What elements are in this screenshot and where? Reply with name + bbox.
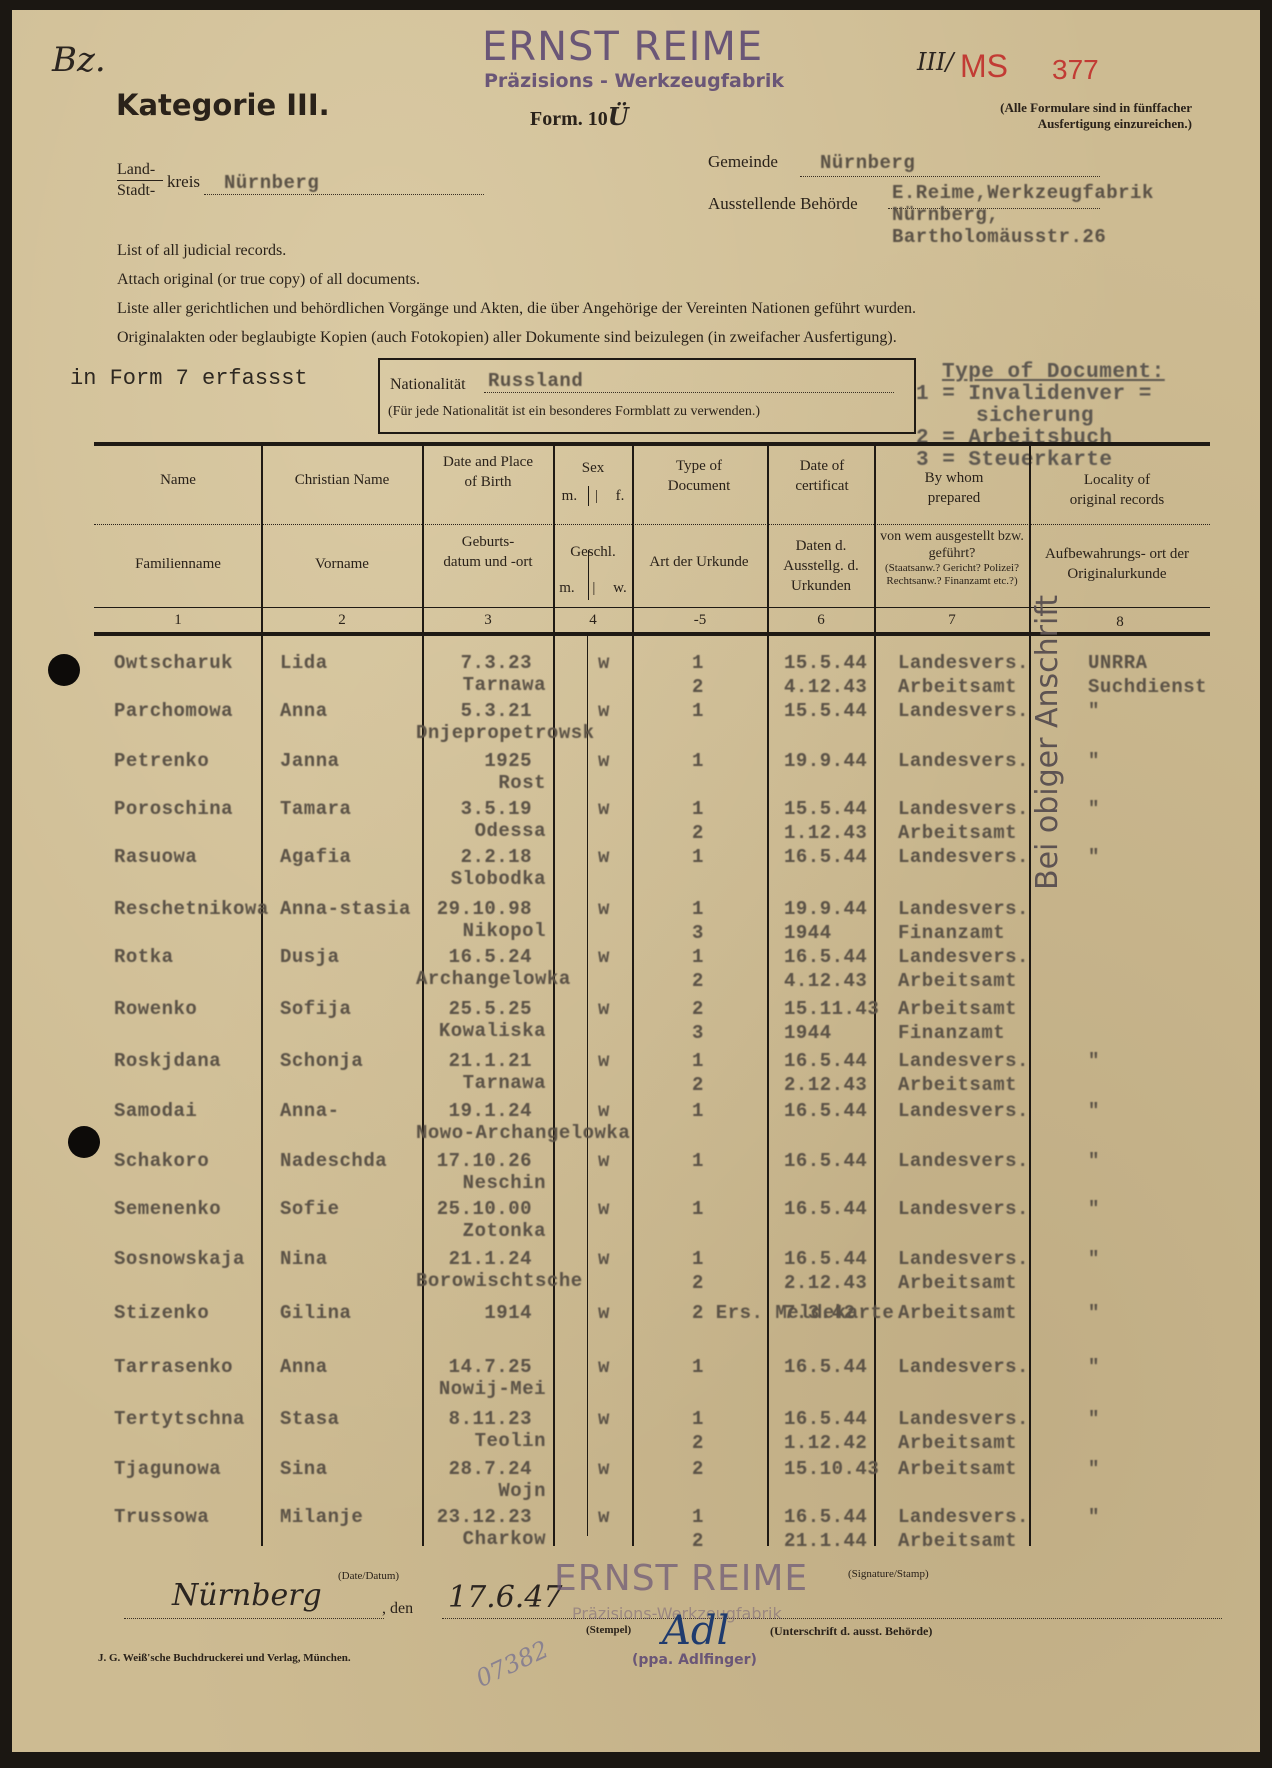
cell-birth-date: 8.11.23	[432, 1408, 532, 1430]
cell-first-name: Stasa	[280, 1408, 340, 1430]
behoerde-line: Bartholomäusstr.26	[892, 226, 1154, 248]
cell-birth-date: 2.2.18	[432, 846, 532, 868]
kreis-label: Land- Stadt-	[117, 160, 163, 201]
col-header-geschl-sub: m. | w.	[555, 578, 631, 598]
col-num: 2	[263, 610, 421, 630]
category-title: Kategorie III.	[116, 88, 330, 122]
punch-hole	[68, 1126, 100, 1158]
place-handwritten: Nürnberg	[172, 1578, 322, 1613]
cell-sex: w	[598, 652, 610, 674]
company-stamp-line1: ERNST REIME	[482, 24, 763, 70]
cell-locality: "	[1088, 846, 1100, 868]
cell-birth-date: 21.1.24	[432, 1248, 532, 1270]
company-stamp-line2: Präzisions - Werkzeugfabrik	[484, 70, 784, 92]
cell-name: Trussowa	[114, 1506, 209, 1528]
cell-doc-type: 1	[692, 1050, 704, 1072]
cell-issued-by: Landesvers.	[898, 1050, 1029, 1072]
cell-cert-date: 4.12.43	[784, 970, 867, 992]
cell-locality: "	[1088, 700, 1100, 722]
cell-issued-by: Landesvers.	[898, 1100, 1029, 1122]
cell-issued-by: Landesvers.	[898, 1408, 1029, 1430]
cell-birth-place: Nowij-Mei	[416, 1378, 546, 1400]
cell-sex: w	[598, 700, 610, 722]
ref-handwritten: III/	[917, 48, 954, 76]
behoerde-line: E.Reime,Werkzeugfabrik	[892, 182, 1154, 204]
cell-issued-by: Finanzamt	[898, 922, 1005, 944]
cell-birth-date: 1914	[432, 1302, 532, 1324]
cell-sex: w	[598, 1150, 610, 1172]
cell-cert-date: 16.5.44	[784, 1198, 867, 1220]
cell-first-name: Anna-stasia	[280, 898, 411, 920]
col-header-christian: Christian Name	[263, 470, 421, 490]
col-header-aufbewahrung: Aufbewahrungs- ort der Originalurkunde	[1042, 544, 1192, 584]
instructions: List of all judicial records. Attach ori…	[117, 236, 916, 352]
form7-note: in Form 7 erfassst	[70, 366, 308, 391]
cell-birth-place: Rost	[416, 772, 546, 794]
cell-birth-place: Tarnawa	[416, 674, 546, 696]
cell-locality: "	[1088, 1248, 1100, 1270]
kreis-field: Nürnberg	[204, 178, 484, 195]
cell-name: Reschetnikowa	[114, 898, 269, 920]
cell-birth-place: Tarnawa	[416, 1072, 546, 1094]
cell-doc-type: 2	[692, 1272, 704, 1294]
cell-doc-type: 1	[692, 652, 704, 674]
cell-issued-by: Arbeitsamt	[898, 1432, 1017, 1454]
form-number: 10	[588, 108, 608, 130]
col-header-sex-sub: m. | f.	[555, 486, 631, 506]
cell-first-name: Dusja	[280, 946, 340, 968]
cell-issued-by: Arbeitsamt	[898, 822, 1017, 844]
unterschrift-label: (Unterschrift d. ausst. Behörde)	[770, 1624, 932, 1639]
cell-issued-by: Arbeitsamt	[898, 676, 1017, 698]
cell-name: Tjagunowa	[114, 1458, 221, 1480]
cell-birth-place: Zotonka	[416, 1220, 546, 1242]
cell-name: Rasuowa	[114, 846, 197, 868]
cell-locality: "	[1088, 1100, 1100, 1122]
cell-name: Samodai	[114, 1100, 197, 1122]
cell-birth-date: 7.3.23	[432, 652, 532, 674]
cell-issued-by: Landesvers.	[898, 946, 1029, 968]
cell-cert-date: 1944	[784, 1022, 832, 1044]
cell-locality: "	[1088, 1198, 1100, 1220]
cell-locality: "	[1088, 1050, 1100, 1072]
cell-birth-place: Charkow	[416, 1528, 546, 1550]
date-field-line	[442, 1618, 1222, 1619]
cell-locality: "	[1088, 1356, 1100, 1378]
pencil-note: 07382	[472, 1635, 553, 1693]
cell-birth-date: 25.5.25	[432, 998, 532, 1020]
instruction-line: (Alle Formulare sind in fünffacher	[792, 100, 1192, 116]
cell-issued-by: Landesvers.	[898, 1506, 1029, 1528]
cell-name: Tarrasenko	[114, 1356, 233, 1378]
handwritten-annotation: Bz.	[52, 40, 106, 80]
cell-cert-date: 16.5.44	[784, 1248, 867, 1270]
cell-name: Parchomowa	[114, 700, 233, 722]
col-header-certdate: Date of certificat	[782, 456, 862, 496]
col-num: 7	[876, 610, 1028, 630]
cell-locality: "	[1088, 1150, 1100, 1172]
cell-first-name: Anna	[280, 700, 328, 722]
col-header-geburt: Geburts- datum und -ort	[442, 532, 534, 572]
col-header-name-de: Familienname	[96, 554, 260, 574]
cell-issued-by: Landesvers.	[898, 1150, 1029, 1172]
cell-birth-date: 25.10.00	[432, 1198, 532, 1220]
cell-birth-date: 17.10.26	[432, 1150, 532, 1172]
cell-birth-date: 14.7.25	[432, 1356, 532, 1378]
printer-imprint: J. G. Weiß'sche Buchdruckerei und Verlag…	[98, 1652, 351, 1664]
col-header-geschl: Geschl.	[555, 542, 631, 562]
cell-sex: w	[598, 1506, 610, 1528]
cell-cert-date: 1.12.43	[784, 822, 867, 844]
cell-birth-place: Archangelowka	[416, 968, 546, 990]
cell-cert-date: 16.5.44	[784, 1150, 867, 1172]
instruction-line: Liste aller gerichtlichen und behördlich…	[117, 294, 916, 323]
gemeinde-field: Nürnberg	[800, 158, 1100, 177]
instruction-line: Attach original (or true copy) of all do…	[117, 265, 916, 294]
cell-doc-type: 1	[692, 750, 704, 772]
cell-sex: w	[598, 1050, 610, 1072]
cell-cert-date: 19.9.44	[784, 898, 867, 920]
cell-cert-date: 16.5.44	[784, 946, 867, 968]
signature-label: (Signature/Stamp)	[848, 1568, 929, 1580]
cell-doc-type: 3	[692, 1022, 704, 1044]
cell-locality: "	[1088, 1302, 1100, 1324]
cell-birth-place: Odessa	[416, 820, 546, 842]
cell-doc-type: 2	[692, 1530, 704, 1552]
cell-sex: w	[598, 1458, 610, 1480]
cell-locality: Suchdienst	[1088, 676, 1207, 698]
cell-birth-place: Nowo-Archangelowka	[416, 1122, 546, 1144]
col-header-locality: Locality of original records	[1062, 470, 1172, 510]
cell-doc-type: 2	[692, 970, 704, 992]
cell-sex: w	[598, 1408, 610, 1430]
cell-doc-type: 3	[692, 922, 704, 944]
cell-doc-type: 1	[692, 700, 704, 722]
cell-issued-by: Landesvers.	[898, 846, 1029, 868]
cell-cert-date: 4.12.43	[784, 676, 867, 698]
col-num: 6	[769, 610, 873, 630]
cell-locality: "	[1088, 798, 1100, 820]
cell-birth-place: Nikopol	[416, 920, 546, 942]
col-header-doctype: Type of Document	[652, 456, 746, 496]
cell-first-name: Anna	[280, 1356, 328, 1378]
cell-locality: "	[1088, 750, 1100, 772]
cell-locality: "	[1088, 1408, 1100, 1430]
gemeinde-value: Nürnberg	[820, 152, 915, 174]
cell-sex: w	[598, 750, 610, 772]
cell-birth-place: Neschin	[416, 1172, 546, 1194]
stempel-label: (Stempel)	[586, 1624, 631, 1636]
company-stamp-bottom: ERNST REIME	[554, 1558, 808, 1599]
cell-doc-type: 2	[692, 1432, 704, 1454]
cell-cert-date: 15.5.44	[784, 652, 867, 674]
cell-birth-date: 16.5.24	[432, 946, 532, 968]
cell-cert-date: 16.5.44	[784, 1356, 867, 1378]
ref-number: 377	[1052, 54, 1099, 86]
cell-sex: w	[598, 946, 610, 968]
cell-doc-type: 2	[692, 822, 704, 844]
cell-cert-date: 16.5.44	[784, 1506, 867, 1528]
cell-doc-type: 2	[692, 998, 704, 1020]
cell-first-name: Agafia	[280, 846, 351, 868]
kreis-suffix: kreis	[167, 172, 200, 192]
legend-item: 2 = Arbeitsbuch	[916, 428, 1165, 450]
cell-doc-type: 2	[692, 676, 704, 698]
col-num: 4	[555, 610, 631, 630]
gemeinde-label: Gemeinde	[708, 152, 778, 172]
cell-issued-by: Landesvers.	[898, 1356, 1029, 1378]
place-field-line	[124, 1618, 384, 1619]
cell-name: Owtscharuk	[114, 652, 233, 674]
col-num: 1	[96, 610, 260, 630]
col-header-sex: Sex	[555, 458, 631, 478]
cell-name: Roskjdana	[114, 1050, 221, 1072]
signature: Adl	[662, 1608, 729, 1654]
cell-birth-place: Dnjepropetrowsk	[416, 722, 546, 744]
col-header-art: Art der Urkunde	[642, 552, 756, 572]
cell-first-name: Anna-	[280, 1100, 340, 1122]
form-number-label: Form. 10Ü	[530, 102, 629, 131]
cell-issued-by: Arbeitsamt	[898, 1272, 1017, 1294]
legend-item: sicherung	[916, 406, 1165, 428]
cell-sex: w	[598, 1100, 610, 1122]
cell-doc-type: 1	[692, 1408, 704, 1430]
cell-doc-type: 1	[692, 946, 704, 968]
col-header-bywhom: By whom prepared	[902, 468, 1006, 508]
cell-name: Schakoro	[114, 1150, 209, 1172]
cell-first-name: Tamara	[280, 798, 351, 820]
cell-sex: w	[598, 846, 610, 868]
nationality-value: Russland	[488, 370, 583, 392]
cell-sex: w	[598, 998, 610, 1020]
cell-first-name: Lida	[280, 652, 328, 674]
behoerde-value: E.Reime,Werkzeugfabrik Nürnberg, Barthol…	[892, 182, 1154, 248]
cell-doc-type: 1	[692, 1198, 704, 1220]
cell-doc-type: 1	[692, 846, 704, 868]
legend-title: Type of Document:	[916, 362, 1165, 384]
cell-issued-by: Arbeitsamt	[898, 1530, 1017, 1552]
cell-issued-by: Arbeitsamt	[898, 1458, 1017, 1480]
cell-doc-type: 1	[692, 898, 704, 920]
cell-issued-by: Landesvers.	[898, 750, 1029, 772]
col-num: 3	[424, 610, 552, 630]
nationality-box: Nationalität Russland (Für jede National…	[378, 358, 916, 434]
cell-sex: w	[598, 1248, 610, 1270]
cell-first-name: Milanje	[280, 1506, 363, 1528]
den-label: , den	[382, 1600, 413, 1618]
cell-birth-date: 5.3.21	[432, 700, 532, 722]
instruction-line: Originalakten oder beglaubigte Kopien (a…	[117, 323, 916, 352]
col-num: -5	[634, 610, 766, 630]
form-handwritten: Ü	[608, 102, 629, 131]
cell-cert-date: 16.5.44	[784, 846, 867, 868]
stamp-ppa: (ppa. Adlfinger)	[632, 1652, 757, 1668]
instruction-line: List of all judicial records.	[117, 236, 916, 265]
cell-cert-date: 16.5.44	[784, 1408, 867, 1430]
cell-name: Stizenko	[114, 1302, 209, 1324]
punch-hole	[48, 654, 80, 686]
cell-birth-date: 21.1.21	[432, 1050, 532, 1072]
cell-issued-by: Arbeitsamt	[898, 998, 1017, 1020]
cell-locality: UNRRA	[1088, 652, 1148, 674]
cell-name: Rotka	[114, 946, 174, 968]
stadt-label: Stadt-	[117, 181, 163, 201]
cell-birth-place: Teolin	[416, 1430, 546, 1452]
cell-birth-date: 3.5.19	[432, 798, 532, 820]
cell-birth-place: Kowaliska	[416, 1020, 546, 1042]
cell-name: Semenenko	[114, 1198, 221, 1220]
side-stamp: Bei obiger Anschrift	[1030, 595, 1065, 890]
cell-first-name: Janna	[280, 750, 340, 772]
cell-first-name: Schonja	[280, 1050, 363, 1072]
form-label: Form.	[530, 108, 583, 130]
cell-name: Rowenko	[114, 998, 197, 1020]
nationality-note: (Für jede Nationalität ist ein besondere…	[388, 404, 760, 420]
cell-sex: w	[598, 1198, 610, 1220]
behoerde-label: Ausstellende Behörde	[708, 194, 858, 214]
cell-name: Sosnowskaja	[114, 1248, 245, 1270]
cell-issued-by: Arbeitsamt	[898, 970, 1017, 992]
date-handwritten: 17.6.47	[448, 1580, 563, 1615]
cell-issued-by: Landesvers.	[898, 1248, 1029, 1270]
cell-birth-date: 28.7.24	[432, 1458, 532, 1480]
cell-cert-date: 2.12.43	[784, 1074, 867, 1096]
instruction-line: Ausfertigung einzureichen.)	[792, 116, 1192, 132]
col-header-vonwem-note: (Staatsanw.? Gericht? Polizei? Rechtsanw…	[876, 562, 1028, 588]
cell-first-name: Nina	[280, 1248, 328, 1270]
cell-cert-date: 2.12.43	[784, 1272, 867, 1294]
land-label: Land-	[117, 160, 163, 181]
nationality-label: Nationalität	[390, 376, 466, 394]
cell-name: Poroschina	[114, 798, 233, 820]
cell-cert-date: 15.10.43	[784, 1458, 879, 1480]
cell-birth-date: 23.12.23	[432, 1506, 532, 1528]
cell-cert-date: 7.3.42	[784, 1302, 855, 1324]
cell-cert-date: 15.11.43	[784, 998, 879, 1020]
col-header-name: Name	[96, 470, 260, 490]
col-header-vonwem: von wem ausgestellt bzw. geführt?	[876, 528, 1028, 562]
cell-issued-by: Landesvers.	[898, 700, 1029, 722]
col-header-vorname: Vorname	[263, 554, 421, 574]
cell-cert-date: 15.5.44	[784, 700, 867, 722]
cell-doc-type: 1	[692, 1506, 704, 1528]
date-label: (Date/Datum)	[338, 1570, 399, 1582]
ref-code: MS	[960, 48, 1008, 85]
cell-issued-by: Landesvers.	[898, 898, 1029, 920]
cell-sex: w	[598, 798, 610, 820]
cell-birth-date: 19.1.24	[432, 1100, 532, 1122]
cell-issued-by: Landesvers.	[898, 1198, 1029, 1220]
cell-cert-date: 1.12.42	[784, 1432, 867, 1454]
cell-birth-date: 1925	[432, 750, 532, 772]
cell-birth-date: 29.10.98	[432, 898, 532, 920]
cell-issued-by: Landesvers.	[898, 798, 1029, 820]
cell-name: Petrenko	[114, 750, 209, 772]
cell-first-name: Sina	[280, 1458, 328, 1480]
cell-doc-type: 2	[692, 1074, 704, 1096]
cell-birth-place: Wojn	[416, 1480, 546, 1502]
cell-cert-date: 21.1.44	[784, 1530, 867, 1552]
doc-type-legend: Type of Document: 1 = Invalidenver = sic…	[916, 362, 1165, 472]
cell-issued-by: Landesvers.	[898, 652, 1029, 674]
cell-sex: w	[598, 898, 610, 920]
cell-first-name: Gilina	[280, 1302, 351, 1324]
cell-issued-by: Arbeitsamt	[898, 1074, 1017, 1096]
cell-cert-date: 1944	[784, 922, 832, 944]
cell-cert-date: 16.5.44	[784, 1050, 867, 1072]
cell-doc-type: 1	[692, 1150, 704, 1172]
cell-name: Tertytschna	[114, 1408, 245, 1430]
cell-locality: "	[1088, 1458, 1100, 1480]
legend-item: 1 = Invalidenver =	[916, 384, 1165, 406]
cell-issued-by: Arbeitsamt	[898, 1302, 1017, 1324]
cell-first-name: Sofija	[280, 998, 351, 1020]
cell-cert-date: 15.5.44	[784, 798, 867, 820]
cell-first-name: Nadeschda	[280, 1150, 387, 1172]
cell-doc-type: 1	[692, 1100, 704, 1122]
cell-doc-type: 1	[692, 1356, 704, 1378]
cell-birth-place: Slobodka	[416, 868, 546, 890]
cell-doc-type: 1	[692, 798, 704, 820]
cell-first-name: Sofie	[280, 1198, 340, 1220]
submission-instruction: (Alle Formulare sind in fünffacher Ausfe…	[792, 100, 1192, 132]
col-header-birth: Date and Place of Birth	[442, 452, 534, 492]
form-page: Bz. Kategorie III. ERNST REIME Präzision…	[12, 10, 1260, 1752]
cell-doc-type: 2	[692, 1458, 704, 1480]
cell-locality: "	[1088, 1506, 1100, 1528]
cell-sex: w	[598, 1356, 610, 1378]
sex-subdivider	[587, 636, 588, 1536]
cell-sex: w	[598, 1302, 610, 1324]
behoerde-line: Nürnberg,	[892, 204, 1154, 226]
col-header-daten: Daten d. Ausstellg. d. Urkunden	[769, 536, 873, 596]
kreis-value: Nürnberg	[224, 172, 319, 194]
cell-issued-by: Finanzamt	[898, 1022, 1005, 1044]
cell-doc-type: 1	[692, 1248, 704, 1270]
cell-cert-date: 19.9.44	[784, 750, 867, 772]
cell-birth-place: Borowischtsche	[416, 1270, 546, 1292]
cell-cert-date: 16.5.44	[784, 1100, 867, 1122]
